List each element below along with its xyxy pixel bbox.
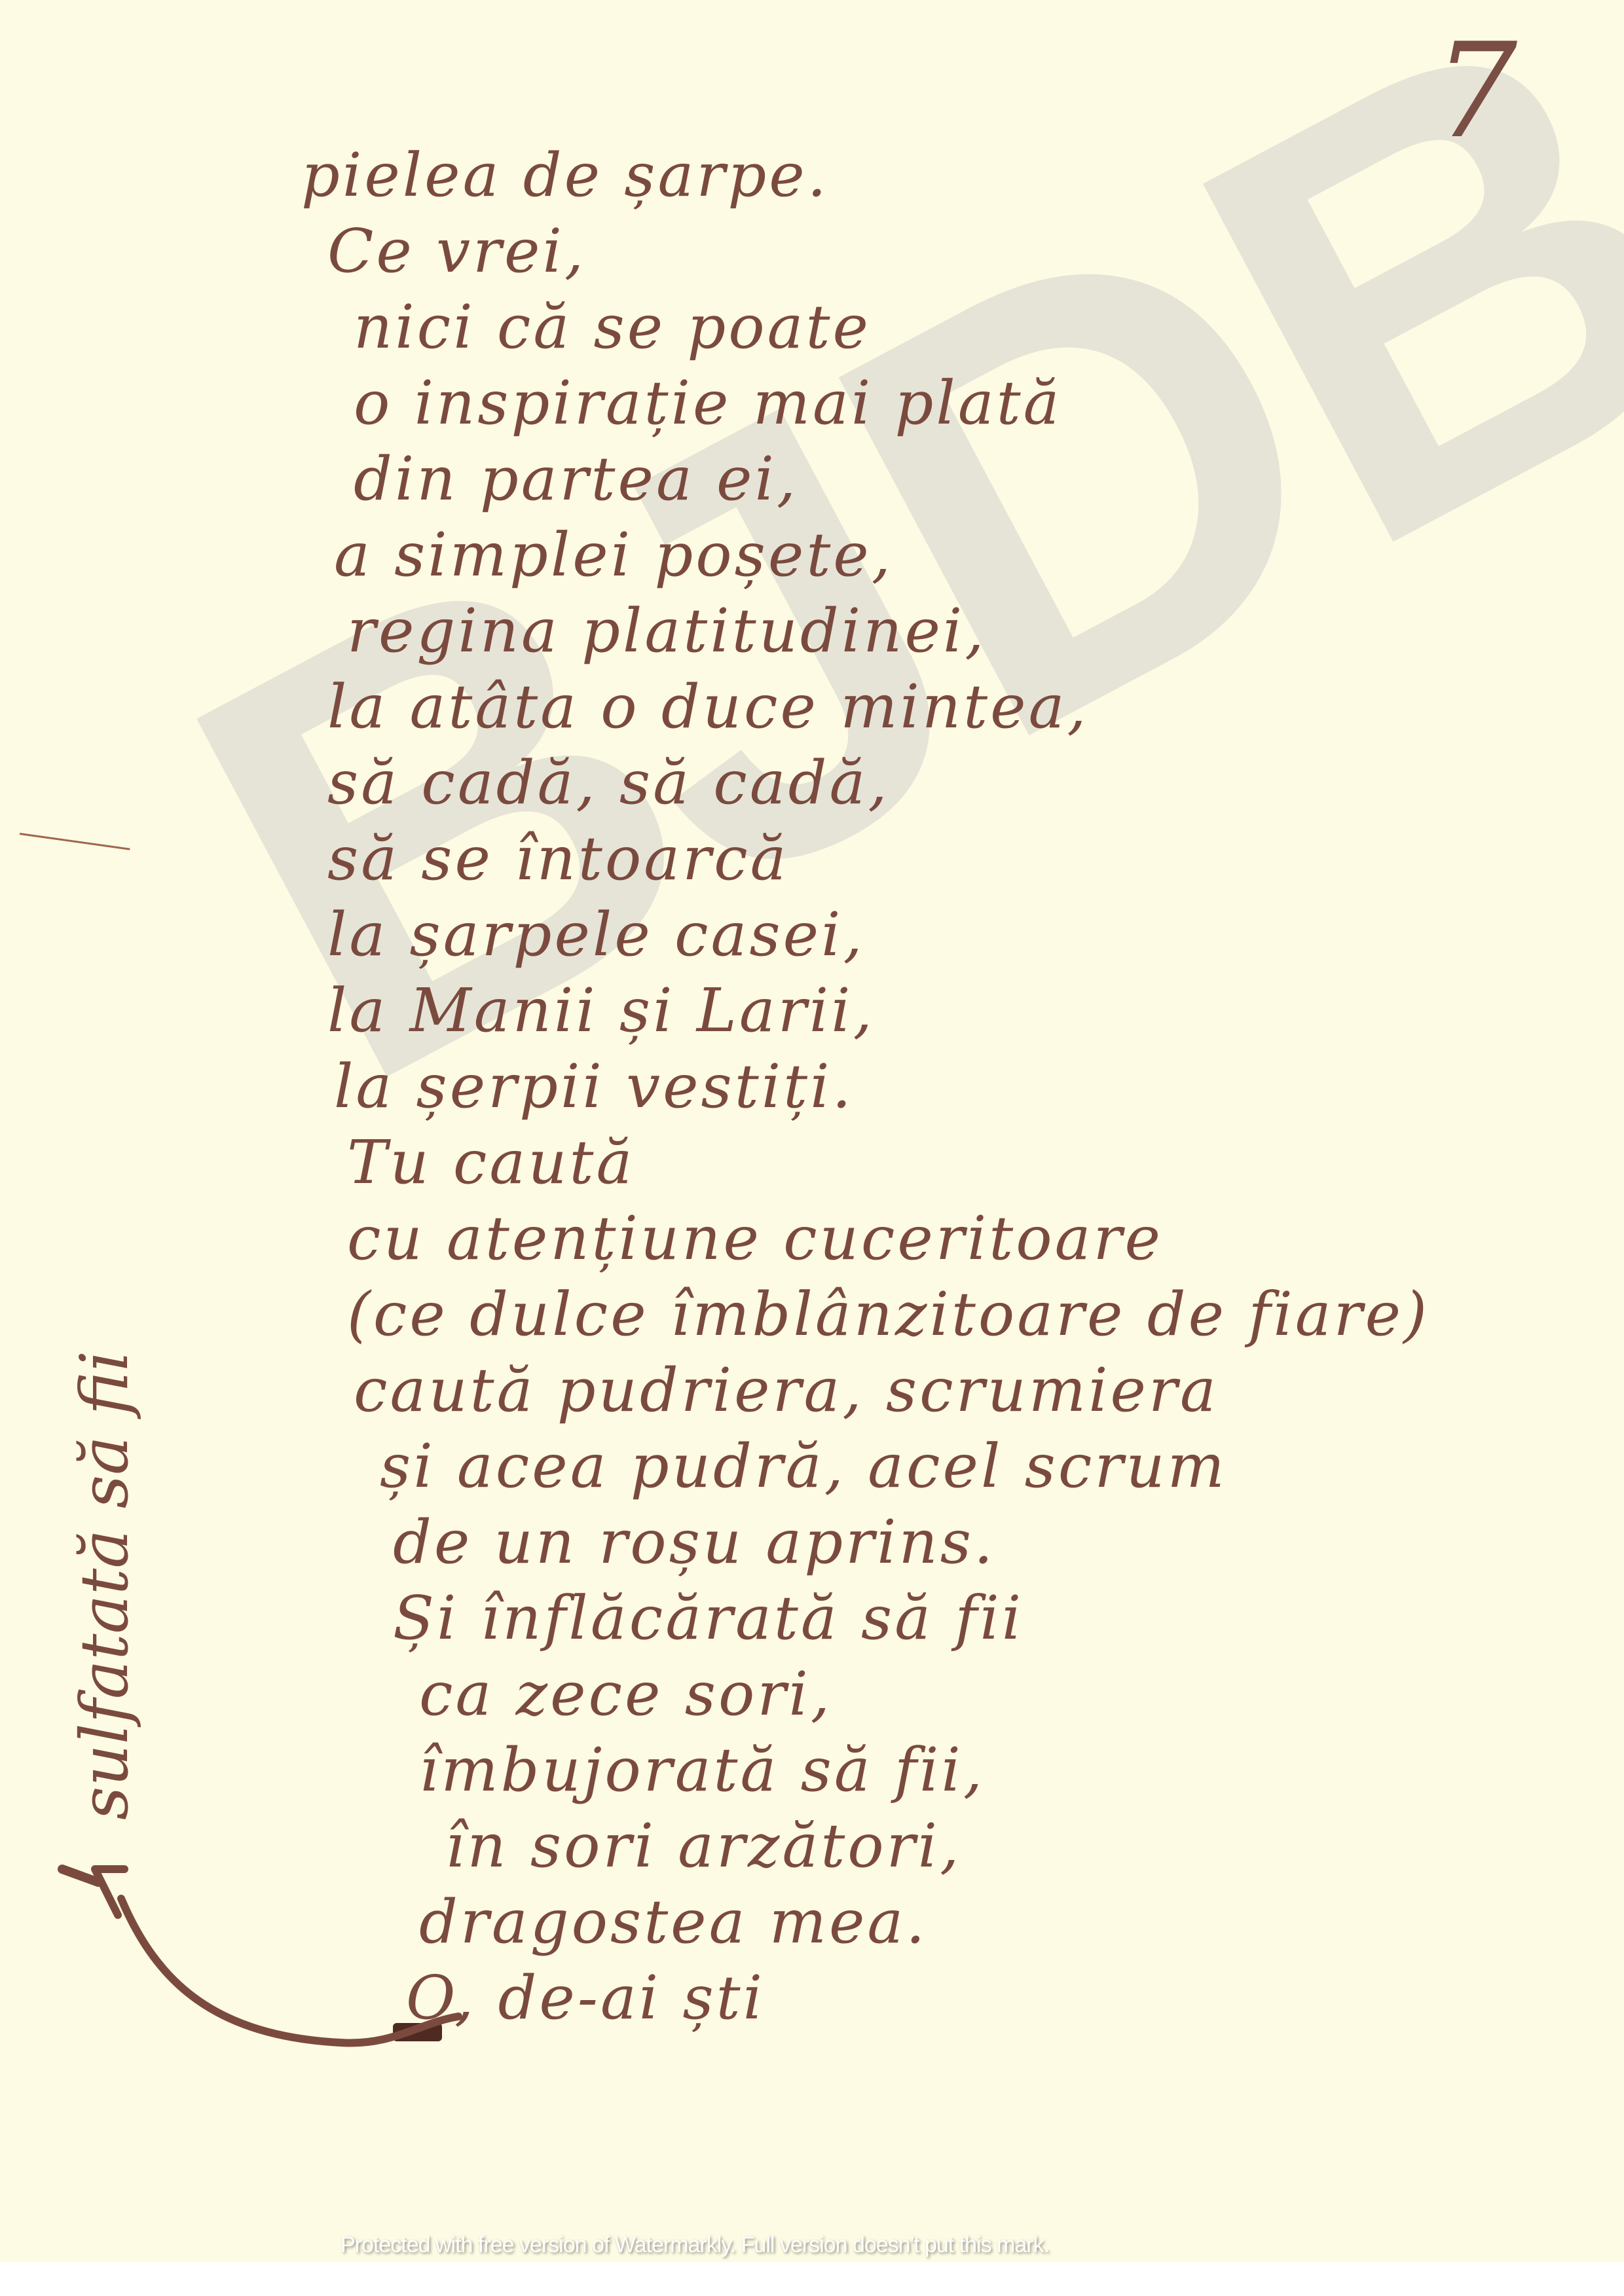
insertion-arrow-icon	[0, 0, 1624, 2296]
watermarkly-notice: Protected with free version of Watermark…	[341, 2232, 1049, 2258]
